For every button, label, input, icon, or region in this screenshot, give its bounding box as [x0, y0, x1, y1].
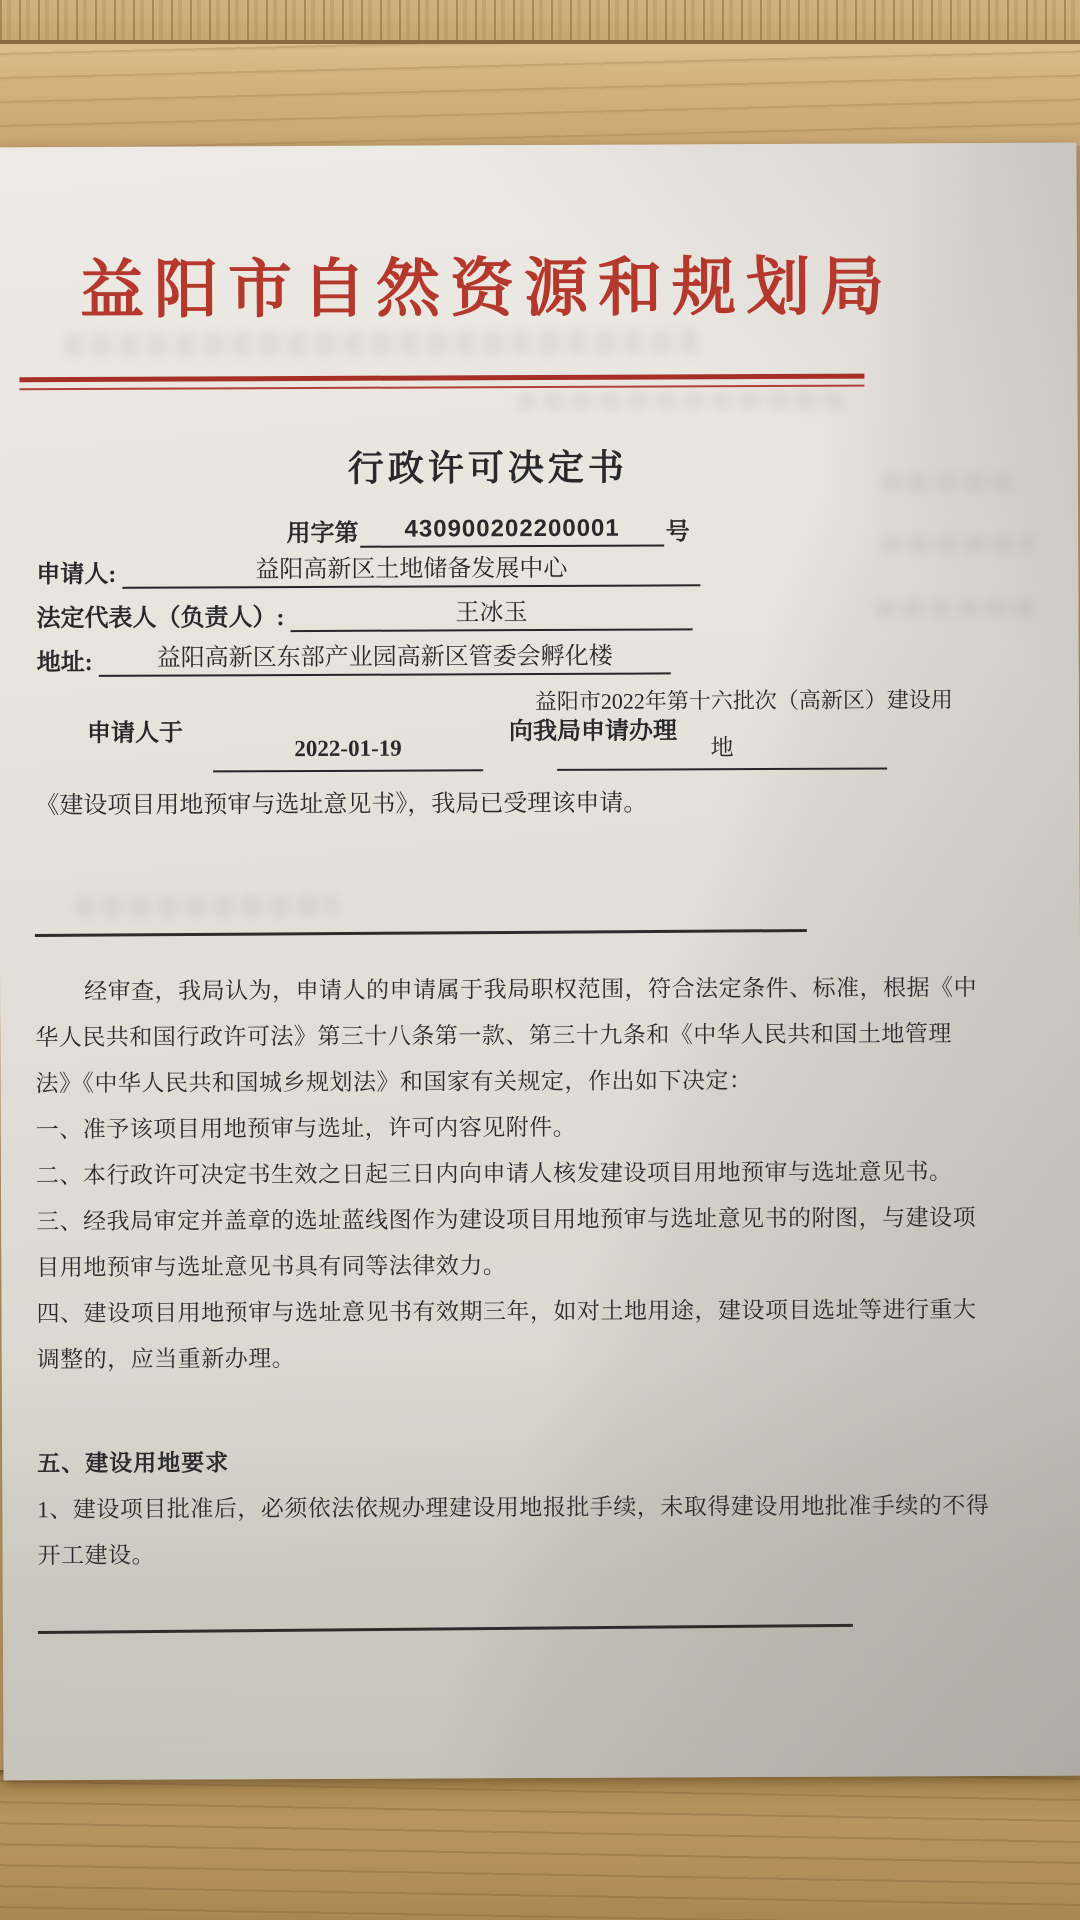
applicant-label: 申请人: [36, 554, 122, 589]
photo-of-document: { "document": { "agency_header": "益阳市自然资… [0, 0, 1080, 1920]
applicant-row: 申请人: 益阳高新区土地储备发展中心 [36, 550, 700, 589]
project-name-line1: 益阳市2022年第十六批次（高新区）建设用 [535, 683, 953, 716]
doc-number-suffix: 号 [666, 511, 690, 546]
ghost-bleed-mark [876, 599, 1036, 618]
decision-body: 经审查，我局认为，申请人的申请属于我局职权范围，符合法定条件、标准，根据《中 华… [35, 965, 957, 1383]
acceptance-sentence: 《建设项目用地预审与选址意见书》，我局已受理该申请。 [35, 783, 647, 821]
red-divider-thin [19, 385, 864, 391]
paper-sheet: 益阳市自然资源和规划局 行政许可决定书 用字第 430900202200001 … [0, 143, 1080, 1781]
desk-wood-top-strip [0, 0, 1080, 44]
desk-wood-bottom [0, 1770, 1080, 1920]
application-prefix-label: 申请人于 [87, 713, 183, 748]
desk-wood-plank [0, 44, 1080, 150]
red-divider-thick [19, 374, 864, 383]
decision-item-4: 四、建设项目用地预审与选址意见书有效期三年，如对土地用途，建设项目选址等进行重大 [36, 1287, 956, 1337]
doc-number-value: 430900202200001 [360, 514, 663, 547]
requirement-item-1-cont: 开工建设。 [37, 1529, 957, 1579]
legal-rep-label: 法定代表人（负责人）: [36, 597, 290, 633]
decision-item-1: 一、准予该项目用地预审与选址，许可内容见附件。 [36, 1103, 956, 1153]
application-date-blank: 2022-01-19 [213, 723, 483, 772]
ghost-bleed-mark [76, 894, 338, 917]
requirements-heading: 五、建设用地要求 [37, 1437, 957, 1487]
applicant-value: 益阳高新区土地储备发展中心 [122, 547, 700, 589]
decision-item-4-cont: 调整的，应当重新办理。 [37, 1333, 957, 1383]
requirements-section: 五、建设用地要求 1、建设项目批准后，必须依法依规办理建设用地报批手续，未取得建… [37, 1437, 958, 1579]
doc-number-row: 用字第 430900202200001 号 [0, 509, 978, 549]
doc-title: 行政许可决定书 [0, 438, 978, 493]
intro-line: 华人民共和国行政许可法》第三十八条第一款、第三十九条和《中华人民共和国土地管理 [35, 1011, 955, 1061]
decision-item-3-cont: 目用地预审与选址意见书具有同等法律效力。 [36, 1241, 956, 1291]
legal-rep-row: 法定代表人（负责人）: 王冰玉 [36, 594, 692, 633]
ghost-bleed-mark [65, 330, 699, 357]
intro-line: 经审查，我局认为，申请人的申请属于我局职权范围，符合法定条件、标准，根据《中 [35, 965, 955, 1015]
section-divider-top [35, 929, 807, 937]
doc-number-prefix: 用字第 [286, 513, 358, 548]
legal-rep-value: 王冰玉 [290, 591, 692, 632]
requirement-item-1: 1、建设项目批准后，必须依法依规办理建设用地报批手续，未取得建设用地批准手续的不… [37, 1483, 957, 1533]
address-label: 地址: [37, 642, 99, 677]
agency-header: 益阳市自然资源和规划局 [0, 235, 977, 331]
decision-item-2: 二、本行政许可决定书生效之日起三日内向申请人核发建设项目用地预审与选址意见书。 [36, 1149, 956, 1199]
project-name-blank: 地 [557, 721, 887, 770]
intro-line: 法》《中华人民共和国城乡规划法》和国家有关规定，作出如下决定： [35, 1057, 955, 1107]
address-row: 地址: 益阳高新区东部产业园高新区管委会孵化楼 [37, 638, 671, 677]
section-divider-bottom [38, 1624, 853, 1634]
decision-item-3: 三、经我局审定并盖章的选址蓝线图作为建设项目用地预审与选址意见书的附图，与建设项 [36, 1195, 956, 1245]
ghost-bleed-mark [518, 391, 850, 411]
address-value: 益阳高新区东部产业园高新区管委会孵化楼 [99, 635, 671, 676]
